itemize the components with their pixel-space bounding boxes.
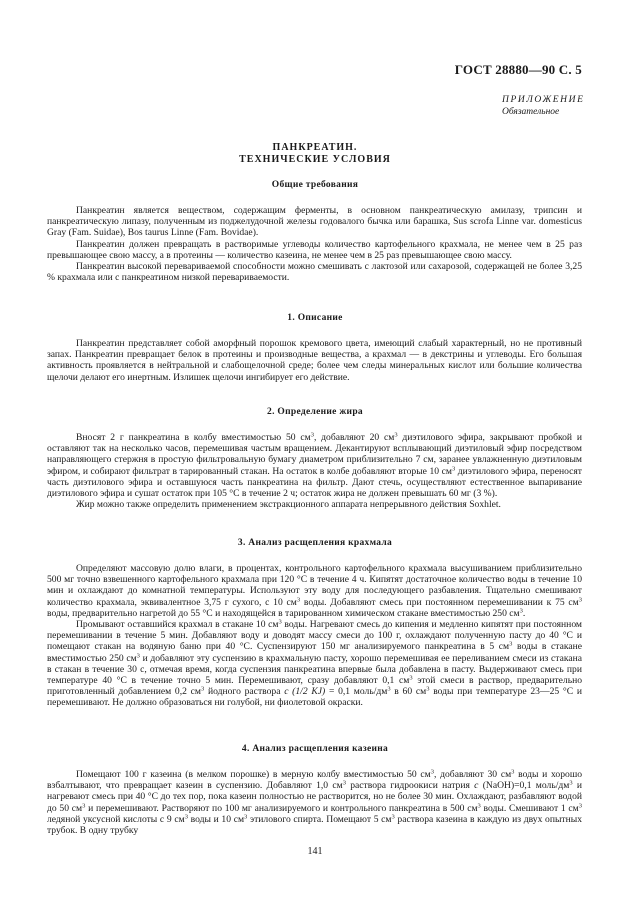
paragraph: Панкреатин должен превращать в растворим…	[47, 239, 582, 261]
section-2-heading: 2. Определение жира	[0, 407, 630, 417]
section-1-heading: 1. Описание	[0, 313, 630, 323]
section-3-heading: 3. Анализ расщепления крахмала	[0, 538, 630, 548]
page-number: 141	[0, 846, 630, 857]
paragraph: Промывают оставшийся крахмал в стакане 1…	[47, 619, 582, 709]
standard-reference: ГОСТ 28880—90 С. 5	[455, 62, 582, 78]
paragraph: Панкреатин представляет собой аморфный п…	[47, 338, 582, 383]
document-title: ПАНКРЕАТИН. ТЕХНИЧЕСКИЕ УСЛОВИЯ	[0, 142, 630, 166]
title-line-2: ТЕХНИЧЕСКИЕ УСЛОВИЯ	[0, 154, 630, 166]
paragraph: Панкреатин является веществом, содержащи…	[47, 205, 582, 239]
section-2-body: Вносят 2 г панкреатина в колбу вместимос…	[47, 432, 582, 510]
appendix-label-block: ПРИЛОЖЕНИЕ Обязательное	[502, 94, 585, 118]
paragraph: Определяют массовую долю влаги, в процен…	[47, 563, 582, 619]
section-4-body: Помещают 100 г казеина (в мелком порошке…	[47, 769, 582, 836]
title-line-1: ПАНКРЕАТИН.	[0, 142, 630, 154]
general-requirements-body: Панкреатин является веществом, содержащи…	[47, 205, 582, 283]
section-1-body: Панкреатин представляет собой аморфный п…	[47, 338, 582, 383]
general-requirements-heading: Общие требования	[0, 180, 630, 190]
section-4-heading: 4. Анализ расщепления казеина	[0, 744, 630, 754]
paragraph: Помещают 100 г казеина (в мелком порошке…	[47, 769, 582, 836]
paragraph: Вносят 2 г панкреатина в колбу вместимос…	[47, 432, 582, 499]
paragraph: Жир можно также определить применением э…	[47, 499, 582, 510]
appendix-status: Обязательное	[502, 106, 585, 118]
appendix-label: ПРИЛОЖЕНИЕ	[502, 94, 585, 106]
section-3-body: Определяют массовую долю влаги, в процен…	[47, 563, 582, 709]
paragraph: Панкреатин высокой перевариваемой способ…	[47, 261, 582, 283]
